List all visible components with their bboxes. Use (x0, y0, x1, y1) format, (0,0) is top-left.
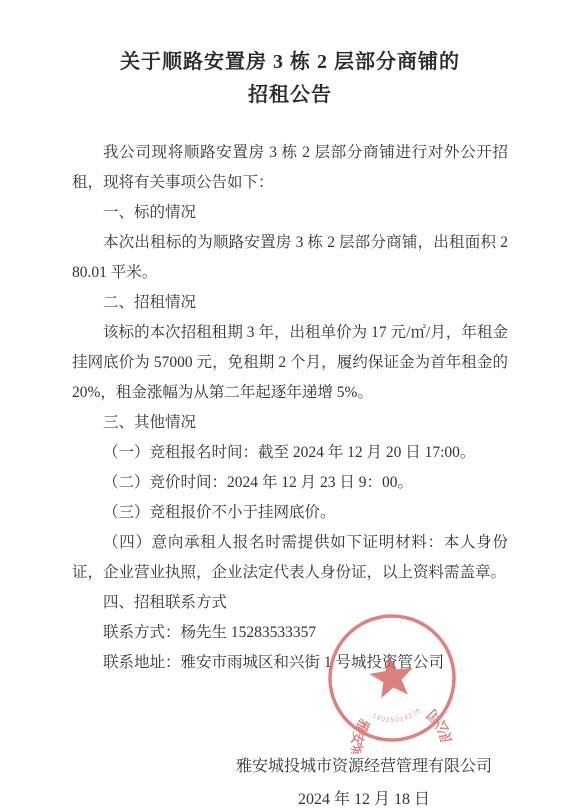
document-title: 关于顺路安置房 3 栋 2 层部分商铺的招租公告 (72, 46, 508, 112)
signature-block: 雅安城投城市资源经营管理有限公司 2024 年 12 月 18 日 (236, 750, 492, 808)
section-1-heading: 一、标的情况 (72, 198, 508, 228)
section-3-item-price-floor: （三）竞租报价不小于挂网底价。 (72, 498, 508, 528)
document-body: 关于顺路安置房 3 栋 2 层部分商铺的招租公告 我公司现将顺路安置房 3 栋 … (0, 0, 570, 808)
section-4-heading: 四、招租联系方式 (72, 588, 508, 618)
announcement-document: 关于顺路安置房 3 栋 2 层部分商铺的招租公告 我公司现将顺路安置房 3 栋 … (0, 0, 570, 808)
contact-phone-line: 联系方式：杨先生 15283533357 (72, 618, 508, 648)
section-3-item-signup-deadline: （一）竞租报名时间：截至 2024 年 12 月 20 日 17:00。 (72, 438, 508, 468)
section-3-item-bidding-time: （二）竞价时间：2024 年 12 月 23 日 9：00。 (72, 468, 508, 498)
contact-address-line: 联系地址：雅安市雨城区和兴街 1 号城投资管公司 (72, 648, 508, 678)
document-title-line2: 招租公告 (248, 84, 332, 106)
section-1-body: 本次出租标的为顺路安置房 3 栋 2 层部分商铺，出租面积 280.01 平米。 (72, 228, 508, 288)
signature-date: 2024 年 12 月 18 日 (236, 783, 492, 808)
document-title-line1: 关于顺路安置房 3 栋 2 层部分商铺的 (120, 51, 460, 73)
section-3-item-required-documents: （四）意向承租人报名时需提供如下证明材料：本人身份证，企业营业执照，企业法定代表… (72, 528, 508, 588)
section-2-body: 该标的本次招租租期 3 年，出租单价为 17 元/㎡/月，年租金挂网底价为 57… (72, 318, 508, 408)
section-3-heading: 三、其他情况 (72, 408, 508, 438)
section-2-heading: 二、招租情况 (72, 288, 508, 318)
signature-company-name: 雅安城投城市资源经营管理有限公司 (236, 750, 492, 783)
intro-paragraph: 我公司现将顺路安置房 3 栋 2 层部分商铺进行对外公开招租，现将有关事项公告如… (72, 138, 508, 198)
